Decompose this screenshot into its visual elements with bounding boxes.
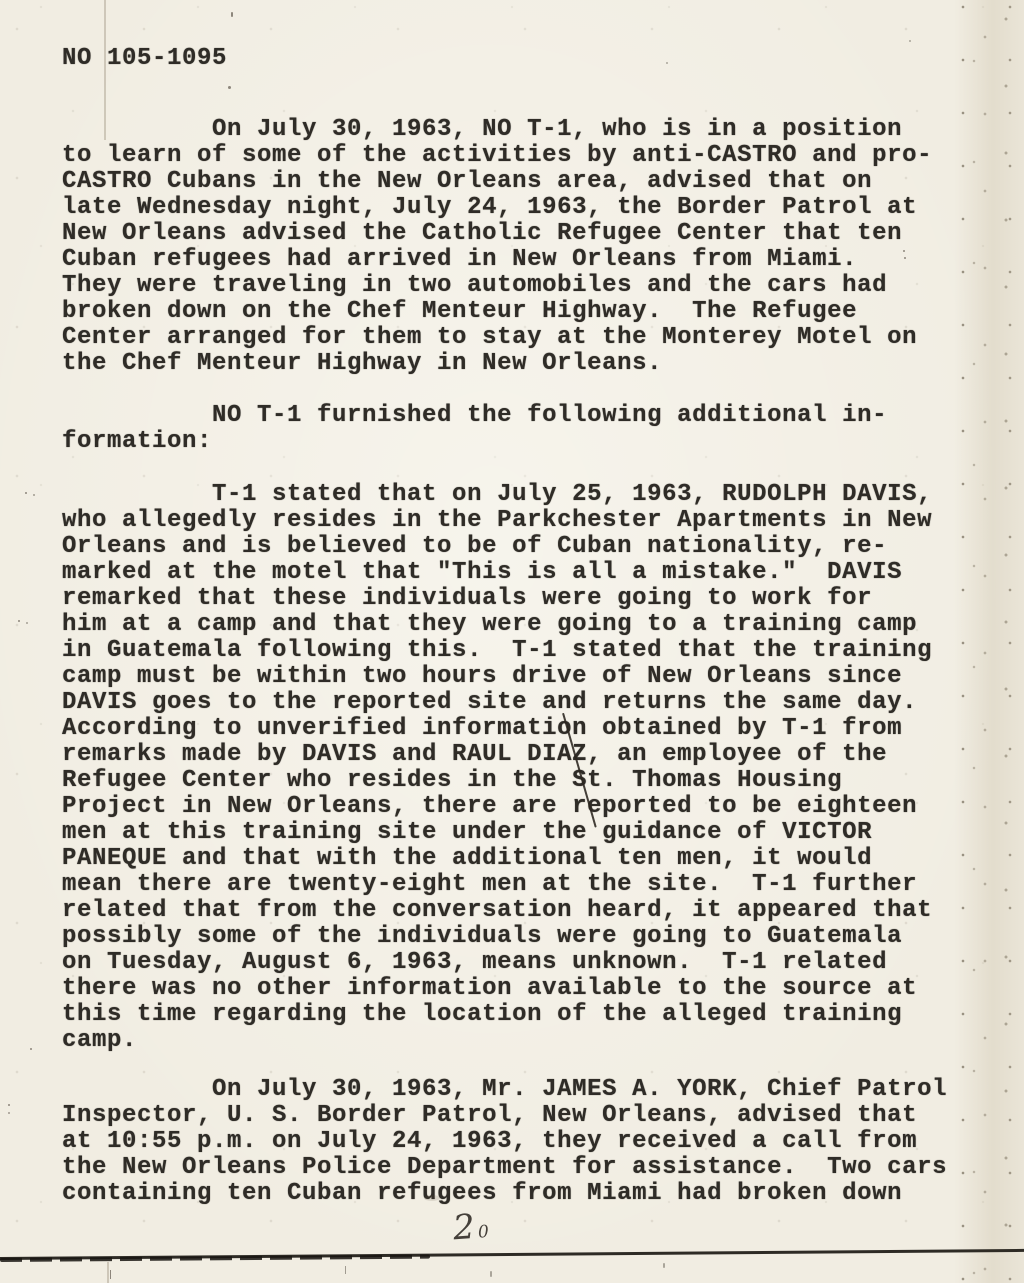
photocopy-speck	[18, 620, 20, 622]
photocopy-edge-noise	[954, 0, 1024, 1283]
photocopy-speck	[904, 257, 906, 259]
photocopy-speck	[345, 1266, 346, 1274]
paragraph-3: T-1 stated that on July 25, 1963, RUDOLP…	[62, 482, 932, 1054]
photocopy-speck	[25, 492, 27, 494]
photocopy-speck	[33, 494, 35, 496]
document-page: NO 105-1095 On July 30, 1963, NO T-1, wh…	[0, 0, 1024, 1283]
photocopy-speck	[909, 40, 911, 42]
photocopy-speck	[903, 250, 905, 252]
paragraph-1: On July 30, 1963, NO T-1, who is in a po…	[62, 117, 932, 377]
file-number-heading: NO 105-1095	[62, 46, 227, 72]
photocopy-speck	[666, 62, 668, 64]
pencil-smudge	[424, 1195, 440, 1201]
photocopy-speck	[490, 1271, 492, 1277]
photocopy-speck	[228, 86, 231, 89]
photocopy-speck	[30, 1048, 32, 1050]
photocopy-speck	[26, 622, 28, 624]
paragraph-4: On July 30, 1963, Mr. JAMES A. YORK, Chi…	[62, 1077, 947, 1207]
page-number-handwritten: 20	[452, 1206, 493, 1249]
paragraph-2: NO T-1 furnished the following additiona…	[62, 403, 887, 455]
photocopy-speck	[8, 1104, 10, 1106]
fold-crease-bottom	[107, 1262, 109, 1283]
photocopy-speck	[231, 12, 233, 17]
photocopy-speck	[8, 1112, 10, 1114]
photocopy-speck	[110, 1270, 111, 1279]
photocopy-speck	[663, 1263, 665, 1268]
